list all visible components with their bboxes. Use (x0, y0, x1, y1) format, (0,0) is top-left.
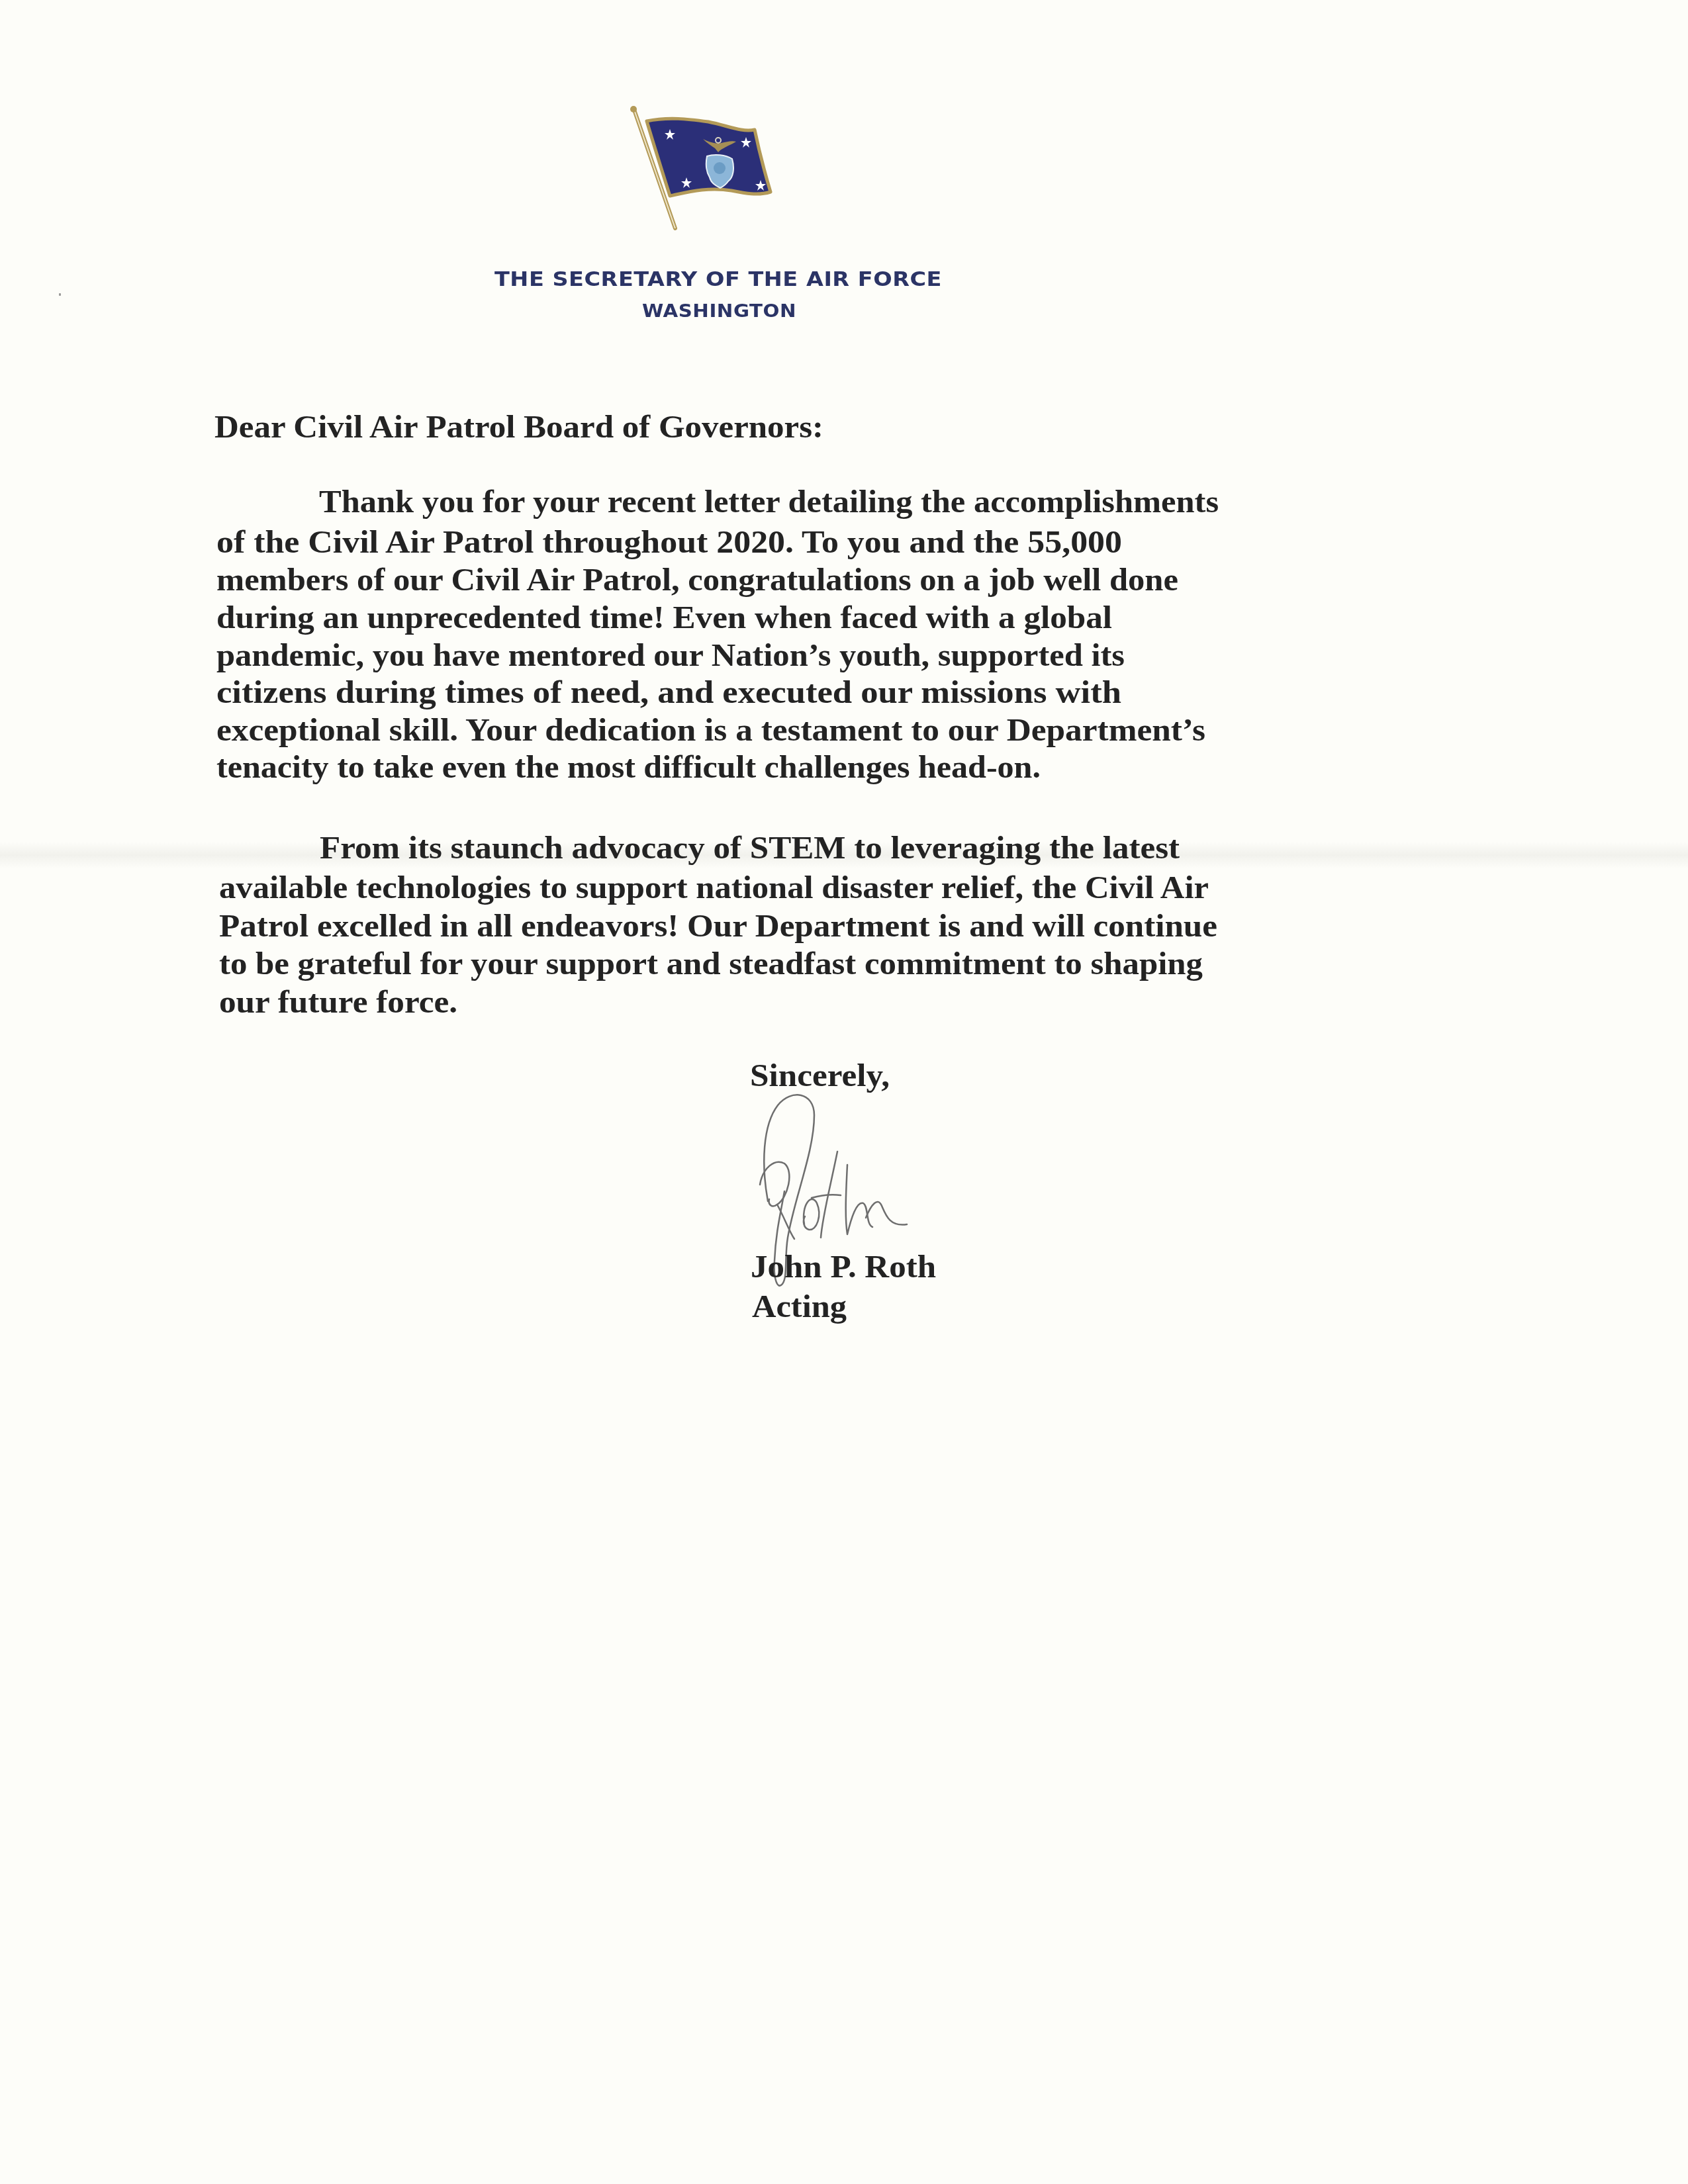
paragraph-line: From its staunch advocacy of STEM to lev… (320, 831, 1180, 864)
paragraph-line: during an unprecedented time! Even when … (216, 601, 1112, 633)
paragraph-line: Thank you for your recent letter detaili… (319, 485, 1219, 518)
paragraph-line: our future force. (219, 985, 457, 1018)
paragraph-line: exceptional skill. Your dedication is a … (216, 713, 1205, 746)
paragraph-line: Patrol excelled in all endeavors! Our De… (219, 909, 1217, 942)
scan-speck (59, 293, 61, 296)
paragraph-line: citizens during times of need, and execu… (216, 676, 1121, 708)
salutation: Dear Civil Air Patrol Board of Governors… (214, 410, 823, 443)
paragraph-line: of the Civil Air Patrol throughout 2020.… (216, 525, 1122, 558)
paragraph-line: to be grateful for your support and stea… (219, 947, 1203, 979)
paragraph-line: pandemic, you have mentored our Nation’s… (216, 639, 1125, 671)
paragraph-line: members of our Civil Air Patrol, congrat… (216, 563, 1178, 596)
letterhead-city: WASHINGTON (642, 302, 796, 320)
signer-name: John P. Roth (751, 1250, 936, 1283)
paragraph-line: tenacity to take even the most difficult… (216, 751, 1041, 783)
paragraph-line: available technologies to support nation… (219, 871, 1209, 903)
letterhead-title: THE SECRETARY OF THE AIR FORCE (494, 269, 942, 290)
letter-page: THE SECRETARY OF THE AIR FORCE WASHINGTO… (0, 0, 1688, 2184)
signer-title: Acting (752, 1290, 847, 1322)
department-flag-icon (622, 99, 794, 238)
